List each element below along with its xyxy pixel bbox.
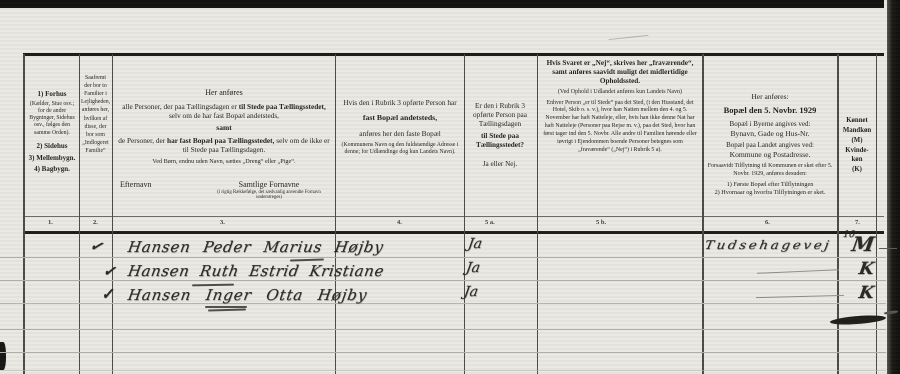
residence-p3: anføres her den faste Bopæl [340, 129, 460, 138]
column-number-2: 2. [93, 219, 98, 226]
header-number-divider [23, 216, 884, 217]
address-l4: Kommune og Postadresse. [707, 150, 833, 159]
persons-paragraph-2: de Personer, der har fast Bopæl paa Tæll… [116, 136, 332, 154]
residence-note: (Kommunens Navn og den fuldstændige Adre… [340, 142, 460, 156]
sex-l2: Mandkøn [839, 126, 875, 136]
address-i2: 2) Hvornaar og hvorfra Tilflytningen er … [707, 189, 833, 197]
scan-bottom-left-blot [0, 342, 6, 370]
census-form-scan: 1) Forhus (Kælder, Stue osv.; for de and… [0, 0, 900, 374]
column-number-5a: 5 a. [485, 219, 495, 226]
row-rule [0, 257, 886, 258]
entry-sex: K [859, 283, 874, 303]
forenames-label: Samtlige Fornavne [210, 180, 328, 190]
column-number-6: 6. [765, 219, 770, 226]
entry-name: Hansen Inger Otta Højby [128, 286, 367, 304]
persons-p2a: de Personer, der [118, 136, 167, 145]
persons-title: Her anføres [116, 88, 332, 98]
entry-present: Ja [466, 260, 480, 276]
absent-p1: Hvis Svaret er „Nej“, skrives her „fravæ… [542, 59, 698, 86]
address-l3: Bopæl paa Landet angives ved: [707, 141, 833, 150]
column-divider [79, 54, 80, 374]
pen-dash [879, 248, 897, 249]
column-divider [837, 54, 839, 374]
sex-l1: Kønnet [839, 116, 875, 126]
sex-l5: køn [839, 155, 875, 165]
address-l2: Bynavn, Gade og Hus-Nr. [707, 129, 833, 138]
header-col-persons: Her anføres alle Personer, der paa Tælli… [116, 88, 332, 201]
header-col-lodger-family: Saafremt der bor to Familier i Lejlighed… [81, 74, 110, 155]
ditto-line [756, 295, 844, 298]
entry-name: Hansen Ruth Estrid Kristiane [128, 262, 384, 280]
entry-checkmark: ✓ [100, 285, 114, 304]
header-col-building: 1) Forhus (Kælder, Stue osv.; for de and… [27, 90, 77, 174]
row-rule [0, 370, 886, 371]
residence-p2: fast Bopæl andetsteds, [340, 113, 460, 123]
column-divider [335, 54, 336, 374]
present-p3: Ja eller Nej. [467, 160, 533, 169]
column-divider [112, 54, 113, 374]
persons-p1c: selv om de har fast Bopæl andetsteds, [169, 111, 279, 120]
header-col-address: Her anføres: Bopæl den 5. Novbr. 1929 Bo… [707, 92, 833, 197]
entry-present: Ja [468, 236, 482, 252]
persons-p1b: til Stede paa Tællingsstedet, [239, 102, 326, 111]
column-number-5b: 5 b. [596, 219, 606, 226]
pencil-scribble [608, 25, 649, 40]
address-i1: 1) Første Bopæl efter Tilflytningen [707, 181, 833, 189]
persons-children-note: Ved Børn, endnu uden Navn, sættes „Dreng… [116, 158, 332, 166]
scan-top-edge [0, 0, 884, 8]
building-item-2: 2) Sidehus [27, 142, 77, 151]
table-top-border [23, 53, 884, 56]
residence-p1: Hvis den i Rubrik 3 opførte Person har [340, 98, 460, 107]
column-number-4: 4. [397, 219, 402, 226]
row-rule [0, 329, 886, 330]
persons-paragraph-1: alle Personer, der paa Tællingsdagen er … [116, 102, 332, 120]
ditto-line [757, 269, 839, 274]
entry-checkmark: ✓ [88, 236, 105, 257]
entry-name: Hansen Peder Marius Højby [128, 238, 384, 256]
absent-note: (Ved Ophold i Udlandet anføres kun Lande… [542, 89, 698, 97]
address-note: Forsaavidt Tilflytning til Kommunen er s… [707, 163, 833, 178]
column-divider [464, 54, 465, 374]
column-divider [23, 54, 25, 374]
header-col-absent: Hvis Svaret er „Nej“, skrives her „fravæ… [542, 59, 698, 155]
name-underline [208, 309, 246, 312]
column-number-3: 3. [220, 219, 225, 226]
entry-sex: M [852, 232, 874, 256]
column-number-7: 7. [855, 219, 860, 226]
forenames-note: (i rigtig Rækkefølge, det sædvanlig anve… [210, 190, 328, 202]
sex-l6: (K) [839, 165, 875, 175]
persons-p2b: har fast Bopæl paa Tællingsstedet, [167, 136, 274, 145]
address-title: Her anføres: [707, 92, 833, 101]
header-col-sex: Kønnet Mandkøn (M) Kvinde- køn (K) [839, 116, 875, 175]
scan-right-edge [887, 0, 900, 374]
column-divider [702, 54, 704, 374]
persons-p1a: alle Personer, der paa Tællingsdagen er [122, 102, 239, 111]
column-number-1: 1. [48, 219, 53, 226]
building-item-1: 1) Forhus [27, 90, 77, 99]
header-col-permanent-residence: Hvis den i Rubrik 3 opførte Person har f… [340, 98, 460, 156]
persons-samt: samt [116, 123, 332, 132]
building-item-3: 3) Mellembygn. [27, 154, 77, 163]
sex-l3: (M) [839, 136, 875, 146]
address-l1: Bopæl i Byerne angives ved: [707, 120, 833, 129]
row-rule [0, 280, 886, 281]
entry-checkmark: ✓ [102, 261, 116, 280]
present-p2: til Stede paa Tællingsstedet? [467, 132, 533, 150]
surname-label: Efternavn [120, 180, 152, 190]
entry-residence: Tudsehagevej [705, 238, 831, 252]
building-note: (Kælder, Stue osv.; for de andre Bygning… [27, 101, 77, 137]
address-bold: Bopæl den 5. Novbr. 1929 [707, 105, 833, 116]
absent-p2: Enhver Person „er til Stede“ paa det Ste… [542, 100, 698, 156]
column-divider [537, 54, 538, 374]
header-col-present: Er den i Rubrik 3 opførte Person paa Tæl… [467, 102, 533, 169]
building-item-4: 4) Bagbygn. [27, 165, 77, 174]
sex-l4: Kvinde- [839, 146, 875, 156]
header-bottom-border [23, 231, 884, 234]
column-divider [876, 54, 877, 374]
entry-present: Ja [464, 284, 478, 300]
entry-sex: K [859, 259, 874, 279]
present-p1: Er den i Rubrik 3 opførte Person paa Tæl… [467, 102, 533, 129]
row-rule [0, 352, 886, 353]
